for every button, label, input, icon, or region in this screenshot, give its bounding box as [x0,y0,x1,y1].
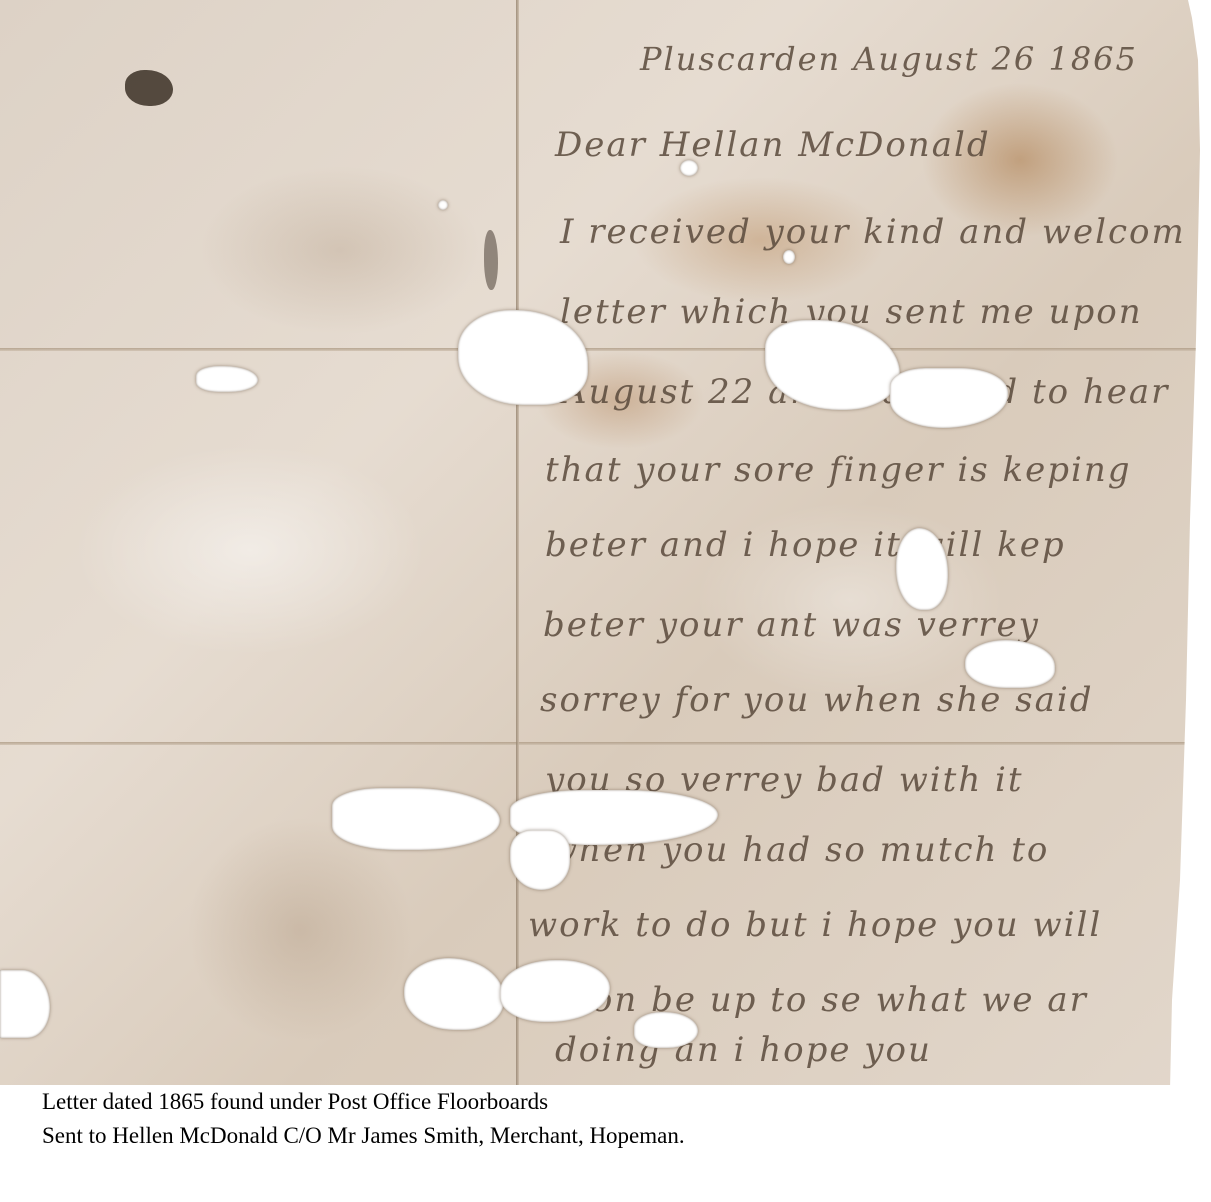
paper-hole [783,250,795,264]
letter-body-line: beter and i hope it will kep [545,525,1066,565]
paper-hole [196,366,258,392]
letter-heading: Pluscarden August 26 1865 [640,40,1138,78]
paper-hole [438,200,448,210]
paper-hole [332,788,500,850]
letter-scan: Pluscarden August 26 1865 Dear Hellan Mc… [0,0,1211,1085]
letter-salutation: Dear Hellan McDonald [555,125,991,165]
letter-body-line: that your sore finger is keping [545,450,1132,490]
letter-body-line: soon be up to se what we ar [550,980,1088,1020]
letter-body-line: work to do but i hope you will [528,905,1102,945]
caption-line-2: Sent to Hellen McDonald C/O Mr James Smi… [42,1123,685,1149]
paper-hole [404,958,504,1030]
paper-hole [680,160,698,176]
letter-body-line: beter your ant was verrey [543,605,1040,645]
letter-body-line: doing an i hope you [555,1030,932,1070]
paper-hole [0,970,50,1038]
paper-hole [965,640,1055,688]
letter-body-line: I received your kind and welcom [560,212,1186,252]
paper-hole [634,1012,698,1048]
paper-hole [510,830,570,890]
paper-hole [890,368,1008,428]
fold-crease-vertical [516,0,519,1085]
fold-crease-lower [0,742,1186,745]
caption-line-1: Letter dated 1865 found under Post Offic… [42,1089,548,1115]
fold-crease-upper [0,348,1196,351]
burn-mark [125,70,173,106]
burn-mark [484,230,498,290]
